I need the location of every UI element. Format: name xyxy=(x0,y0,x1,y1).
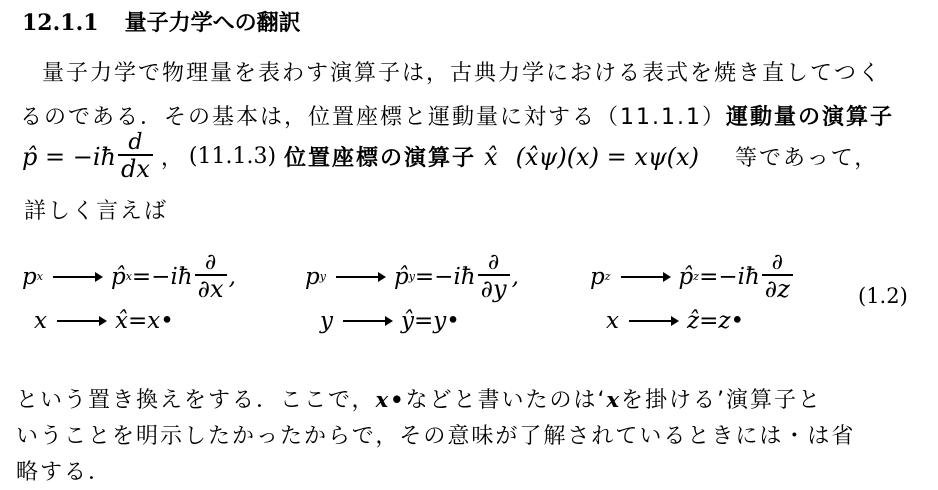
symbol: p̂ xyxy=(111,264,126,290)
bold-term-momentum-operator: 運動量の演算子 xyxy=(726,105,894,130)
equation-row-momentum-x: px p̂x =−iħ ∂ ∂x , xyxy=(22,252,236,302)
symbol: x xyxy=(606,308,619,334)
fraction-numerator: ∂ xyxy=(769,252,786,274)
section-number: 12.1.1 xyxy=(22,10,99,36)
fraction-denominator: ∂z xyxy=(762,276,793,302)
symbol: ŷ=y• xyxy=(401,308,460,334)
fraction-denominator: dx xyxy=(118,156,153,182)
momentum-operator-lhs: p̂ = −iħ xyxy=(22,143,116,171)
comma: ， xyxy=(161,141,185,172)
paragraph-text: を掛ける’演算子と xyxy=(621,388,822,413)
comma: , xyxy=(512,264,519,290)
right-arrow-icon xyxy=(621,276,669,278)
right-arrow-icon xyxy=(629,320,677,322)
section-title: 量子力学への翻訳 xyxy=(125,10,301,36)
symbol: p̂ xyxy=(394,264,409,290)
symbol: x xyxy=(34,308,47,334)
right-arrow-icon xyxy=(53,276,101,278)
equation-row-position-y: y ŷ=y• xyxy=(320,308,460,334)
fraction-denominator: ∂y xyxy=(478,276,510,302)
symbol: p xyxy=(22,264,37,290)
paragraph-text: という置き換えをする．ここで， xyxy=(16,388,376,413)
right-arrow-icon xyxy=(336,276,384,278)
partial-fraction: ∂ ∂x xyxy=(195,252,227,302)
right-arrow-icon xyxy=(57,320,105,322)
symbol: ẑ=z• xyxy=(687,308,744,334)
derivative-fraction: d dx xyxy=(118,132,153,182)
equation-row-momentum-y: py p̂y =−iħ ∂ ∂y , xyxy=(305,252,519,302)
partial-fraction: ∂ ∂y xyxy=(478,252,510,302)
right-arrow-icon xyxy=(343,320,391,322)
math-inline: x xyxy=(607,387,622,412)
equation-row-momentum-z: pz p̂z =−iħ ∂ ∂z xyxy=(590,252,795,302)
position-operator-definition: (x̂ψ)(x) = xψ(x) xyxy=(516,143,699,171)
position-operator-symbol: x̂ xyxy=(484,143,498,171)
symbol: p xyxy=(305,264,320,290)
math-line: p̂ = −iħ d dx ， (11.1.3) 位置座標の演算子 x̂ (x̂… xyxy=(22,132,878,182)
symbol: y xyxy=(320,308,333,334)
bold-term-position-operator: 位置座標の演算子 xyxy=(284,141,476,172)
paragraph-text: るのである．その基本は，位置座標と運動量に対する（11.1.1） xyxy=(20,105,726,130)
equation-row-position-z: x ẑ=z• xyxy=(606,308,744,334)
symbol: p̂ xyxy=(679,264,694,290)
equation-reference: (11.1.3) xyxy=(189,144,276,169)
math-inline: x• xyxy=(376,387,406,412)
comma: , xyxy=(229,264,236,290)
paragraph-line: 略する． xyxy=(16,455,112,486)
fraction-denominator: ∂x xyxy=(195,276,227,302)
section-heading: 12.1.1量子力学への翻訳 xyxy=(22,6,301,37)
paragraph-line: るのである．その基本は，位置座標と運動量に対する（11.1.1）運動量の演算子 xyxy=(20,100,894,131)
symbol: p xyxy=(590,264,605,290)
rhs: =−iħ xyxy=(415,264,476,290)
fraction-numerator: ∂ xyxy=(202,252,219,274)
subscript: x xyxy=(37,270,43,283)
symbol: x̂=x• xyxy=(115,308,174,334)
paragraph-line: 詳しく言えば xyxy=(24,194,168,225)
fraction-numerator: ∂ xyxy=(485,252,502,274)
equation-number: (1.2) xyxy=(858,284,908,308)
rhs: =−iħ xyxy=(699,264,760,290)
fraction-numerator: d xyxy=(125,132,145,154)
partial-fraction: ∂ ∂z xyxy=(762,252,793,302)
subscript: z xyxy=(605,270,611,283)
paragraph-line: という置き換えをする．ここで，x•などと書いたのは‘xを掛ける’演算子と xyxy=(16,383,822,414)
rhs: =−iħ xyxy=(132,264,193,290)
paragraph-text: などと書いたのは‘ xyxy=(406,388,607,413)
paragraph-text: 等であって， xyxy=(735,141,878,172)
subscript: y xyxy=(320,270,326,283)
paragraph-line: 量子力学で物理量を表わす演算子は，古典力学における表式を焼き直してつく xyxy=(42,56,882,87)
equation-row-position-x: x x̂=x• xyxy=(34,308,174,334)
paragraph-line: いうことを明示したかったからで，その意味が了解されているときには・は省 xyxy=(16,419,855,450)
